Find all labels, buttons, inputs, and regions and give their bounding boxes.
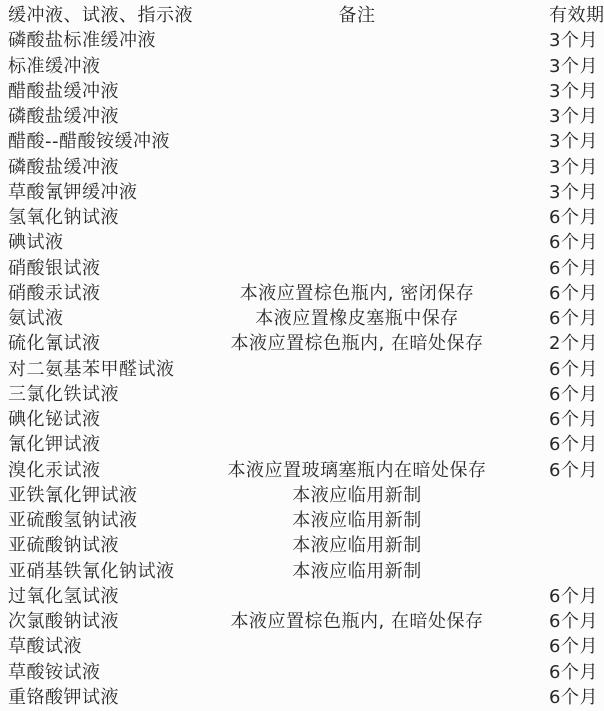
validity-value: 3个月 xyxy=(522,79,604,104)
solution-name: 磷酸盐缓冲液 xyxy=(0,155,192,180)
solution-name: 硫化氰试液 xyxy=(0,331,192,356)
column-header-remark: 备注 xyxy=(192,3,522,28)
table-row: 过氧化氢试液6个月 xyxy=(0,584,604,609)
remark-text: 本液应置橡皮塞瓶中保存 xyxy=(192,306,522,331)
table-row: 亚硫酸氢钠试液本液应临用新制 xyxy=(0,508,604,533)
solution-name: 碘化铋试液 xyxy=(0,407,192,432)
table-row: 草酸铵试液6个月 xyxy=(0,660,604,685)
solution-name: 硝酸银试液 xyxy=(0,256,192,281)
remark-text: 本液应临用新制 xyxy=(192,508,522,533)
table-row: 氢氧化钠试液6个月 xyxy=(0,205,604,230)
solution-name: 次氯酸钠试液 xyxy=(0,609,192,634)
solution-name: 磷酸盐标准缓冲液 xyxy=(0,28,192,53)
table-row: 草酸试液6个月 xyxy=(0,634,604,659)
solution-name: 醋酸--醋酸铵缓冲液 xyxy=(0,129,192,154)
solution-name: 氢氧化钠试液 xyxy=(0,205,192,230)
solution-name: 重铬酸钾试液 xyxy=(0,685,192,710)
validity-value: 6个月 xyxy=(522,281,604,306)
validity-value: 6个月 xyxy=(522,407,604,432)
table-row: 对二氨基苯甲醛试液6个月 xyxy=(0,357,604,382)
validity-value: 6个月 xyxy=(522,660,604,685)
solution-name: 标准缓冲液 xyxy=(0,54,192,79)
validity-value: 6个月 xyxy=(522,432,604,457)
validity-value: 6个月 xyxy=(522,205,604,230)
solution-name: 醋酸盐缓冲液 xyxy=(0,79,192,104)
table-row: 草酸氰钾缓冲液3个月 xyxy=(0,180,604,205)
table-row: 三氯化铁试液6个月 xyxy=(0,382,604,407)
validity-value: 3个月 xyxy=(522,180,604,205)
validity-value: 6个月 xyxy=(522,609,604,634)
validity-value: 3个月 xyxy=(522,54,604,79)
table-row: 氨试液本液应置橡皮塞瓶中保存6个月 xyxy=(0,306,604,331)
solution-name: 亚硝基铁氰化钠试液 xyxy=(0,559,192,584)
table-row: 磷酸盐缓冲液3个月 xyxy=(0,155,604,180)
table-row: 碘化铋试液6个月 xyxy=(0,407,604,432)
solution-name: 草酸氰钾缓冲液 xyxy=(0,180,192,205)
validity-value: 6个月 xyxy=(522,230,604,255)
solution-name: 草酸试液 xyxy=(0,634,192,659)
table-row: 磷酸盐标准缓冲液3个月 xyxy=(0,28,604,53)
solution-name: 亚硫酸钠试液 xyxy=(0,533,192,558)
remark-text: 本液应置棕色瓶内, 密闭保存 xyxy=(192,281,522,306)
remark-text: 本液应置玻璃塞瓶内在暗处保存 xyxy=(192,458,522,483)
table-body: 磷酸盐标准缓冲液3个月标准缓冲液3个月醋酸盐缓冲液3个月磷酸盐缓冲液3个月醋酸-… xyxy=(0,28,604,710)
table-row: 亚硝基铁氰化钠试液本液应临用新制 xyxy=(0,559,604,584)
solution-name: 亚铁氰化钾试液 xyxy=(0,483,192,508)
solution-name: 亚硫酸氢钠试液 xyxy=(0,508,192,533)
validity-value: 6个月 xyxy=(522,634,604,659)
validity-value: 6个月 xyxy=(522,458,604,483)
validity-value: 3个月 xyxy=(522,104,604,129)
table-row: 亚硫酸钠试液本液应临用新制 xyxy=(0,533,604,558)
solution-name: 过氧化氢试液 xyxy=(0,584,192,609)
table-row: 次氯酸钠试液本液应置棕色瓶内, 在暗处保存6个月 xyxy=(0,609,604,634)
remark-text: 本液应置棕色瓶内, 在暗处保存 xyxy=(192,331,522,356)
remark-text: 本液应临用新制 xyxy=(192,559,522,584)
validity-value: 6个月 xyxy=(522,685,604,710)
table-row: 硝酸银试液6个月 xyxy=(0,256,604,281)
reagent-validity-table: 缓冲液、试液、指示液 备注 有效期 磷酸盐标准缓冲液3个月标准缓冲液3个月醋酸盐… xyxy=(0,0,604,711)
table-row: 溴化汞试液本液应置玻璃塞瓶内在暗处保存6个月 xyxy=(0,458,604,483)
solution-name: 氰化钾试液 xyxy=(0,432,192,457)
validity-value: 6个月 xyxy=(522,306,604,331)
solution-name: 三氯化铁试液 xyxy=(0,382,192,407)
remark-text: 本液应置棕色瓶内, 在暗处保存 xyxy=(192,609,522,634)
validity-value: 3个月 xyxy=(522,28,604,53)
table-row: 重铬酸钾试液6个月 xyxy=(0,685,604,710)
remark-text: 本液应临用新制 xyxy=(192,483,522,508)
table-row: 氰化钾试液6个月 xyxy=(0,432,604,457)
table-row: 硫化氰试液本液应置棕色瓶内, 在暗处保存2个月 xyxy=(0,331,604,356)
table-header-row: 缓冲液、试液、指示液 备注 有效期 xyxy=(0,3,604,28)
solution-name: 草酸铵试液 xyxy=(0,660,192,685)
table-row: 磷酸盐缓冲液3个月 xyxy=(0,104,604,129)
validity-value: 6个月 xyxy=(522,584,604,609)
solution-name: 磷酸盐缓冲液 xyxy=(0,104,192,129)
table-row: 醋酸--醋酸铵缓冲液3个月 xyxy=(0,129,604,154)
validity-value: 2个月 xyxy=(522,331,604,356)
table-row: 碘试液6个月 xyxy=(0,230,604,255)
table-row: 亚铁氰化钾试液本液应临用新制 xyxy=(0,483,604,508)
column-header-validity: 有效期 xyxy=(522,3,604,28)
table-row: 醋酸盐缓冲液3个月 xyxy=(0,79,604,104)
solution-name: 对二氨基苯甲醛试液 xyxy=(0,357,192,382)
validity-value: 6个月 xyxy=(522,256,604,281)
table-row: 标准缓冲液3个月 xyxy=(0,54,604,79)
validity-value: 3个月 xyxy=(522,129,604,154)
solution-name: 溴化汞试液 xyxy=(0,458,192,483)
remark-text: 本液应临用新制 xyxy=(192,533,522,558)
solution-name: 碘试液 xyxy=(0,230,192,255)
column-header-solution-name: 缓冲液、试液、指示液 xyxy=(0,3,192,28)
validity-value: 6个月 xyxy=(522,357,604,382)
table-row: 硝酸汞试液本液应置棕色瓶内, 密闭保存6个月 xyxy=(0,281,604,306)
validity-value: 3个月 xyxy=(522,155,604,180)
solution-name: 硝酸汞试液 xyxy=(0,281,192,306)
solution-name: 氨试液 xyxy=(0,306,192,331)
validity-value: 6个月 xyxy=(522,382,604,407)
